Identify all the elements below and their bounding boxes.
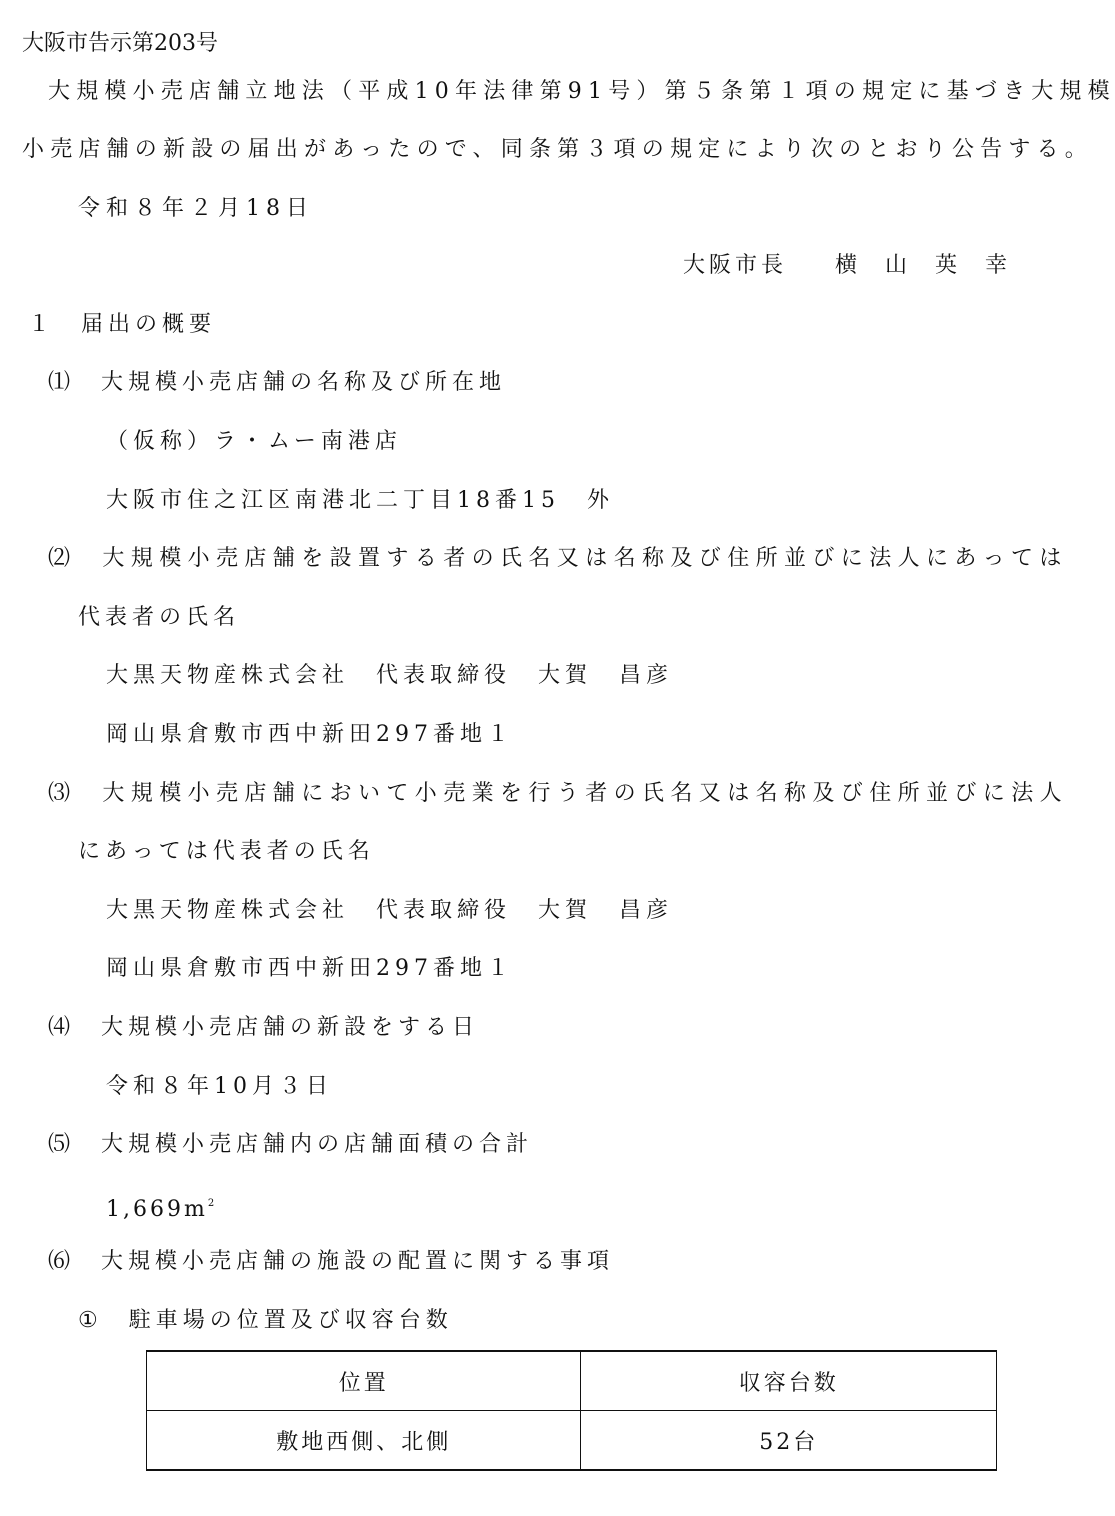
item-1-heading: ⑴大規模小売店舗の名称及び所在地 <box>48 369 506 397</box>
section-title: 届出の概要 <box>81 312 216 337</box>
floor-area-value: 1,669 <box>106 1197 184 1222</box>
subitem-number: ① <box>78 1308 103 1333</box>
section-number: １ <box>28 312 55 337</box>
store-name: （仮称）ラ・ムー南港店 <box>106 428 402 456</box>
installer-address: 岡山県倉敷市西中新田297番地１ <box>106 721 514 749</box>
cell-capacity: 52台 <box>581 1411 997 1471</box>
header-capacity: 収容台数 <box>581 1351 997 1411</box>
item-number: ⑵ <box>48 546 76 571</box>
item-title: 大規模小売店舗の施設の配置に関する事項 <box>101 1249 614 1274</box>
item-number: ⑶ <box>48 781 76 806</box>
item-number: ⑸ <box>48 1132 75 1157</box>
item-3-heading: ⑶大規模小売店舗において小売業を行う者の氏名又は名称及び住所並びに法人 <box>48 780 1068 808</box>
item-title: 大規模小売店舗の新設をする日 <box>101 1015 479 1040</box>
signatory-title: 大阪市長 <box>683 253 787 278</box>
cell-location: 敷地西側、北側 <box>147 1411 581 1471</box>
item-number: ⑷ <box>48 1015 75 1040</box>
item-2-heading-cont: 代表者の氏名 <box>78 604 240 632</box>
item-3-heading-cont: にあっては代表者の氏名 <box>78 838 375 866</box>
signatory-name: 横山英幸 <box>835 253 1035 278</box>
floor-area-unit-sup: 2 <box>208 1198 214 1209</box>
item-number: ⑴ <box>48 370 75 395</box>
floor-area: 1,669m2 <box>106 1190 214 1224</box>
subitem-title: 駐車場の位置及び収容台数 <box>129 1308 453 1333</box>
section-1-heading: １届出の概要 <box>28 311 216 339</box>
opening-date: 令和８年10月３日 <box>106 1073 333 1101</box>
installer-name: 大黒天物産株式会社 代表取締役 大賀 昌彦 <box>106 662 673 690</box>
item-title: 大規模小売店舗を設置する者の氏名又は名称及び住所並びに法人にあっては <box>102 546 1067 571</box>
header-location: 位置 <box>147 1351 581 1411</box>
item-2-heading: ⑵大規模小売店舗を設置する者の氏名又は名称及び住所並びに法人にあっては <box>48 545 1068 573</box>
parking-table: 位置 収容台数 敷地西側、北側 52台 <box>146 1350 997 1471</box>
item-title: 大規模小売店舗内の店舗面積の合計 <box>101 1132 533 1157</box>
retailer-address: 岡山県倉敷市西中新田297番地１ <box>106 955 514 983</box>
notice-date: 令和８年２月18日 <box>78 195 314 223</box>
item-5-heading: ⑸大規模小売店舗内の店舗面積の合計 <box>48 1131 533 1159</box>
notice-body-line-1: 大規模小売店舗立地法（平成10年法律第91号）第５条第１項の規定に基づき大規模 <box>48 78 1115 106</box>
retailer-name: 大黒天物産株式会社 代表取締役 大賀 昌彦 <box>106 897 673 925</box>
subitem-1-heading: ①駐車場の位置及び収容台数 <box>78 1307 453 1335</box>
item-4-heading: ⑷大規模小売店舗の新設をする日 <box>48 1014 479 1042</box>
table-row: 敷地西側、北側 52台 <box>147 1411 997 1471</box>
notice-number: 大阪市告示第203号 <box>22 30 218 58</box>
notice-body-line-2: 小売店舗の新設の届出があったので、同条第３項の規定により次のとおり公告する。 <box>22 136 1093 164</box>
table-header-row: 位置 収容台数 <box>147 1351 997 1411</box>
floor-area-unit: m <box>184 1197 208 1222</box>
item-title: 大規模小売店舗において小売業を行う者の氏名又は名称及び住所並びに法人 <box>102 781 1068 806</box>
signature-block: 大阪市長横山英幸 <box>683 252 1035 280</box>
store-address: 大阪市住之江区南港北二丁目18番15 外 <box>106 487 614 515</box>
item-6-heading: ⑹大規模小売店舗の施設の配置に関する事項 <box>48 1248 614 1276</box>
item-title: 大規模小売店舗の名称及び所在地 <box>101 370 506 395</box>
item-number: ⑹ <box>48 1249 75 1274</box>
